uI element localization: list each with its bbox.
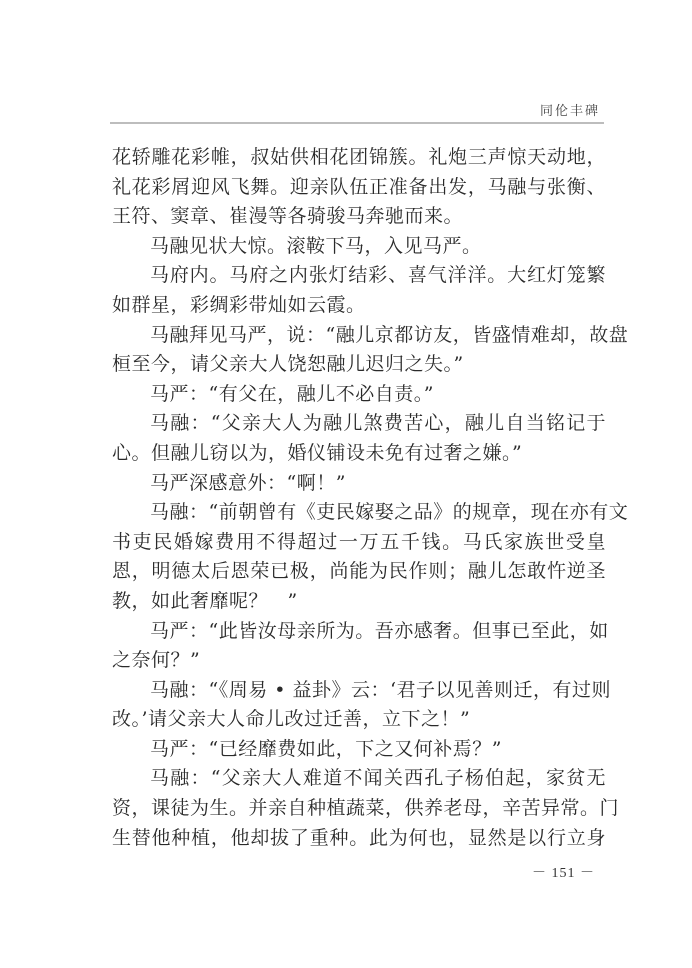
page-number: － 151 － <box>532 862 595 882</box>
text-line: 马融：“《周易 • 益卦》云：‘君子以见善则迁，有过则 <box>112 676 606 706</box>
text-line: 马严：“已经靡费如此，下之又何补焉？” <box>112 735 606 765</box>
text-line: 资，课徒为生。并亲自种植蔬菜，供养老母，辛苦异常。门 <box>112 794 606 824</box>
text-line: 改。’请父亲大人命儿改过迁善，立下之！” <box>112 705 606 735</box>
text-line: 生替他种植，他却拔了重种。此为何也，显然是以行立身 <box>112 824 606 854</box>
text-line: 马融见状大惊。滚鞍下马，入见马严。 <box>112 232 606 262</box>
text-line: 马融：“前朝曾有《吏民嫁娶之品》的规章，现在亦有文 <box>112 498 606 528</box>
body-text: 花轿雕花彩帷，叔姑供相花团锦簇。礼炮三声惊天动地，礼花彩屑迎风飞舞。迎亲队伍正准… <box>112 143 606 853</box>
text-line: 马严：“有父在，融儿不必自责。” <box>112 380 606 410</box>
text-line: 马融：“父亲大人为融儿煞费苦心，融儿自当铭记于 <box>112 409 606 439</box>
text-line: 花轿雕花彩帷，叔姑供相花团锦簇。礼炮三声惊天动地， <box>112 143 606 173</box>
text-line: 马严：“此皆汝母亲所为。吾亦感奢。但事已至此，如 <box>112 617 606 647</box>
text-line: 桓至今，请父亲大人饶恕融儿迟归之失。” <box>112 350 606 380</box>
text-line: 马严深感意外：“啊！” <box>112 469 606 499</box>
text-line: 书吏民婚嫁费用不得超过一万五千钱。马氏家族世受皇 <box>112 528 606 558</box>
running-head: 同伦丰碑 <box>540 100 600 119</box>
text-line: 王符、窦章、崔漫等各骑骏马奔驰而来。 <box>112 202 606 232</box>
text-line: 马府内。马府之内张灯结彩、喜气洋洋。大红灯笼繁 <box>112 261 606 291</box>
text-line: 礼花彩屑迎风飞舞。迎亲队伍正准备出发，马融与张衡、 <box>112 173 606 203</box>
header-rule <box>110 122 604 124</box>
text-line: 心。但融儿窃以为，婚仪铺设未免有过奢之嫌。” <box>112 439 606 469</box>
text-line: 之奈何？” <box>112 646 606 676</box>
text-line: 恩，明德太后恩荣已极，尚能为民作则；融儿怎敢忤逆圣 <box>112 557 606 587</box>
text-line: 马融拜见马严，说：“融儿京都访友，皆盛情难却，故盘 <box>112 321 606 351</box>
text-line: 马融：“父亲大人难道不闻关西孔子杨伯起，家贫无 <box>112 764 606 794</box>
text-line: 如群星，彩绸彩带灿如云霞。 <box>112 291 606 321</box>
text-line: 教，如此奢靡呢？ ” <box>112 587 606 617</box>
